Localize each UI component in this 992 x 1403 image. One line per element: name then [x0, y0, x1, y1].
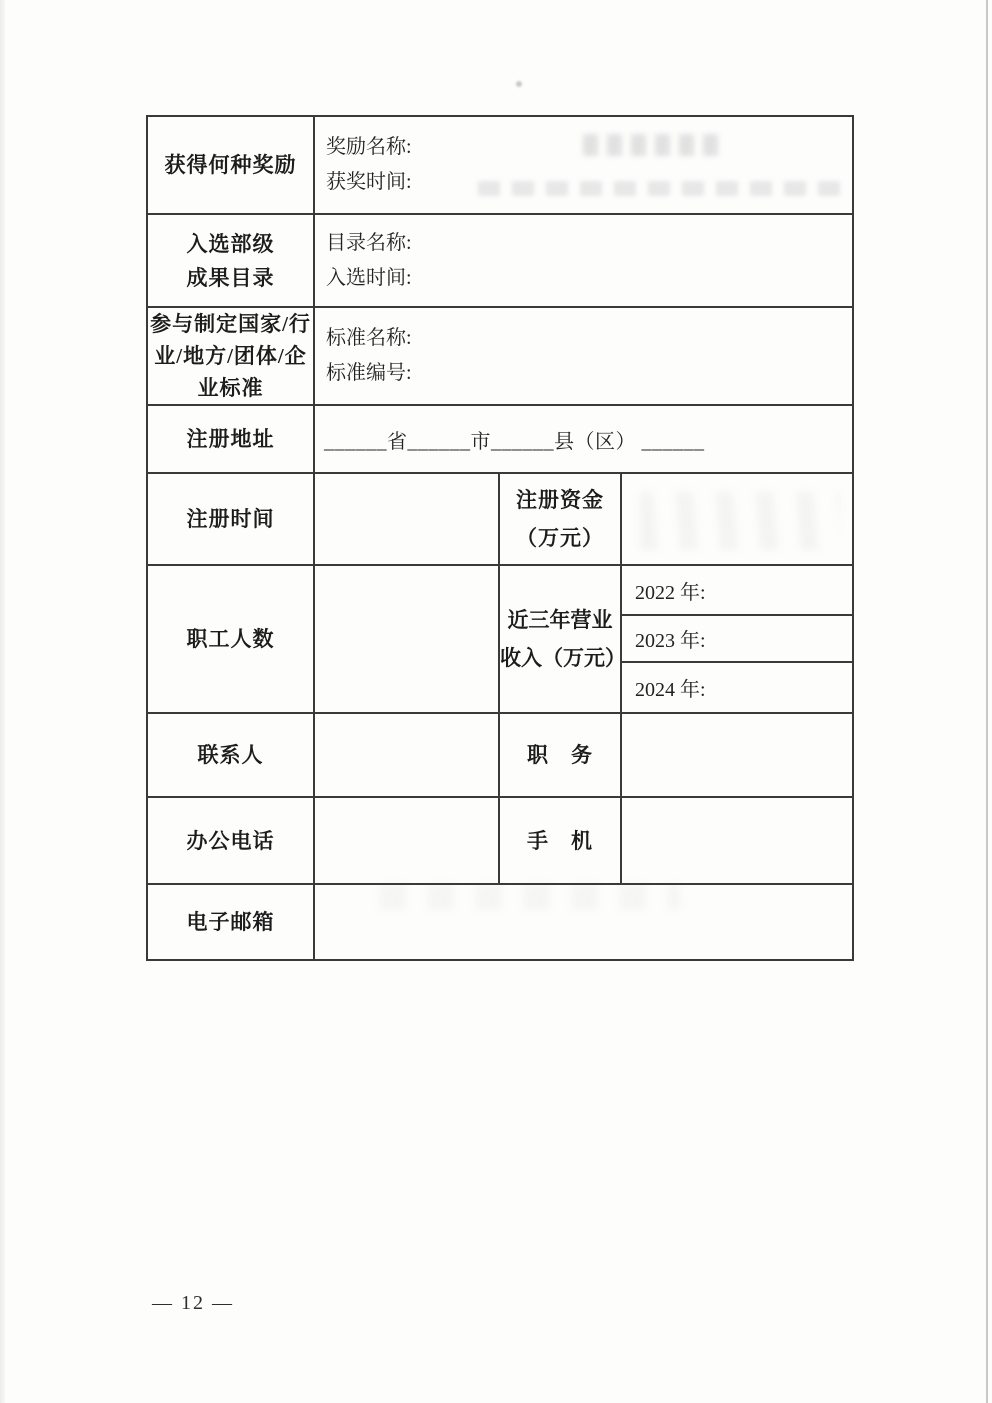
catalog-date-field: 入选时间: [326, 261, 852, 296]
table-row-award: 获得何种奖励 奖励名称: 获奖时间: [147, 116, 853, 214]
table-row-phone: 办公电话 手 机 [147, 797, 853, 884]
table-row-email: 电子邮箱 [147, 884, 853, 960]
registered-capital-value-cell [621, 473, 853, 565]
scan-edge-right [986, 0, 988, 1403]
staff-count-label: 职工人数 [147, 565, 314, 713]
email-value-cell [314, 884, 853, 960]
office-phone-label: 办公电话 [147, 797, 314, 884]
award-name-field: 奖励名称: [326, 130, 852, 165]
catalog-label: 入选部级 成果目录 [147, 214, 314, 307]
revenue-label: 近三年营业 收入（万元） [499, 565, 621, 713]
capital-label-line1: 注册资金 [500, 481, 620, 519]
table-row-staff-2022: 职工人数 近三年营业 收入（万元） 2022 年: [147, 565, 853, 615]
catalog-label-line2: 成果目录 [148, 261, 313, 295]
revenue-2022-cell: 2022 年: [621, 565, 853, 615]
standard-label: 参与制定国家/行 业/地方/团体/企 业标准 [147, 307, 314, 405]
table-row-standard: 参与制定国家/行 业/地方/团体/企 业标准 标准名称: 标准编号: [147, 307, 853, 405]
standard-fields-cell: 标准名称: 标准编号: [314, 307, 853, 405]
standard-label-line2: 业/地方/团体/企 [148, 340, 313, 372]
award-date-field: 获奖时间: [326, 165, 852, 200]
mobile-value-cell [621, 797, 853, 884]
registration-time-label: 注册时间 [147, 473, 314, 565]
application-form-table: 获得何种奖励 奖励名称: 获奖时间: 入选部级 成果目录 目录名称: 入选时间:… [146, 115, 854, 961]
address-value-cell: ______省______市______县（区） ______ [314, 405, 853, 473]
standard-number-field: 标准编号: [326, 356, 852, 391]
award-label: 获得何种奖励 [147, 116, 314, 214]
revenue-label-line1: 近三年营业 [500, 601, 620, 639]
standard-label-line1: 参与制定国家/行 [148, 308, 313, 340]
mobile-label: 手 机 [499, 797, 621, 884]
staff-count-value-cell [314, 565, 499, 713]
standard-label-line3: 业标准 [148, 372, 313, 404]
contact-person-label: 联系人 [147, 713, 314, 797]
duty-value-cell [621, 713, 853, 797]
revenue-2024-cell: 2024 年: [621, 662, 853, 713]
catalog-fields-cell: 目录名称: 入选时间: [314, 214, 853, 307]
catalog-name-field: 目录名称: [326, 226, 852, 261]
email-label: 电子邮箱 [147, 884, 314, 960]
table-row-contact: 联系人 职 务 [147, 713, 853, 797]
catalog-label-line1: 入选部级 [148, 227, 313, 261]
scan-edge-left [0, 0, 5, 1403]
capital-label-line2: （万元） [500, 519, 620, 557]
revenue-label-line2: 收入（万元） [500, 639, 620, 677]
registration-time-value-cell [314, 473, 499, 565]
award-fields-cell: 奖励名称: 获奖时间: [314, 116, 853, 214]
table-row-address: 注册地址 ______省______市______县（区） ______ [147, 405, 853, 473]
scanned-page: 获得何种奖励 奖励名称: 获奖时间: 入选部级 成果目录 目录名称: 入选时间:… [0, 0, 992, 1403]
revenue-2023-cell: 2023 年: [621, 615, 853, 662]
scan-speck [516, 81, 522, 87]
table-row-catalog: 入选部级 成果目录 目录名称: 入选时间: [147, 214, 853, 307]
standard-name-field: 标准名称: [326, 321, 852, 356]
duty-label: 职 务 [499, 713, 621, 797]
contact-person-value-cell [314, 713, 499, 797]
page-number: — 12 — [152, 1292, 234, 1315]
office-phone-value-cell [314, 797, 499, 884]
address-label: 注册地址 [147, 405, 314, 473]
table-row-registration: 注册时间 注册资金 （万元） [147, 473, 853, 565]
registered-capital-label: 注册资金 （万元） [499, 473, 621, 565]
